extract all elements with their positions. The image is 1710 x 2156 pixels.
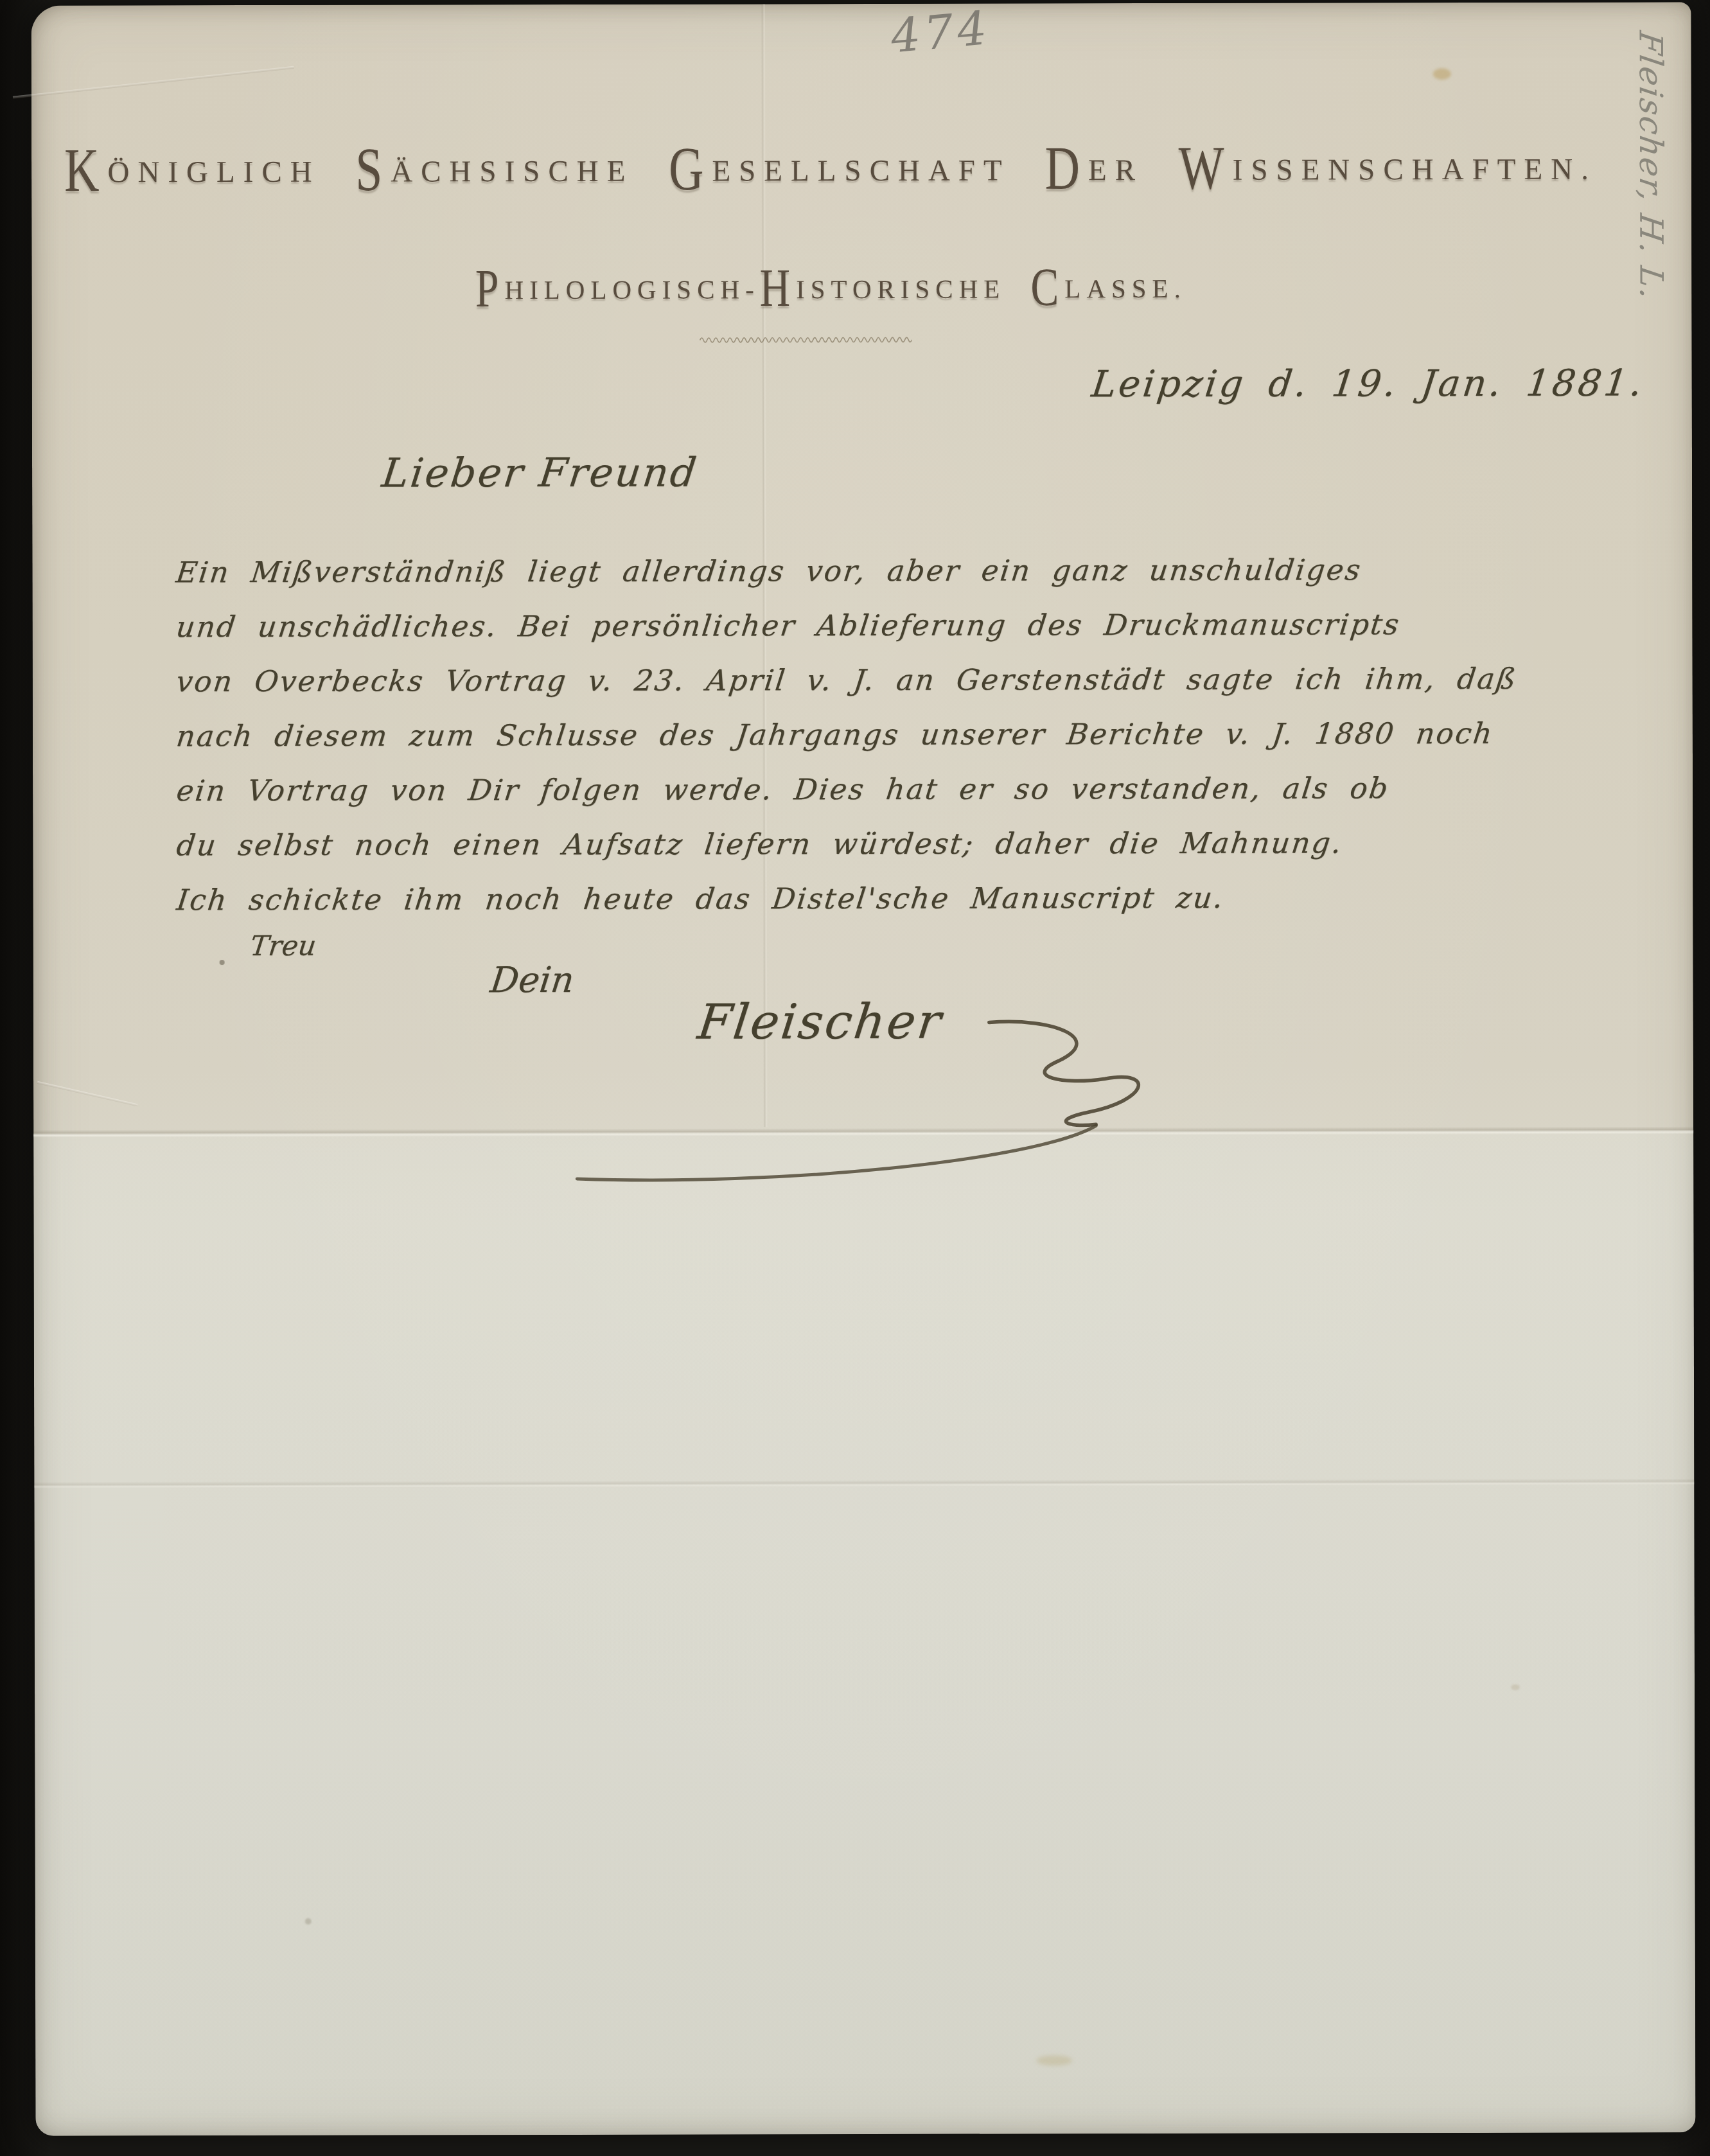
body-line: Ein Mißverständniß liegt allerdings vor,… <box>172 552 1604 610</box>
body-line: ein Vortrag von Dir folgen werde. Dies h… <box>172 771 1605 829</box>
scan-background: 474 Fleischer, H. L. KÖNIGLICH SÄCHSISCH… <box>0 0 1710 2156</box>
edge-crease <box>37 1081 138 1107</box>
closing-word: Dein <box>488 959 576 1000</box>
archival-number-pencil: 474 <box>888 1 992 64</box>
foxing-stain <box>1036 2055 1072 2065</box>
letterhead-society-name: KÖNIGLICH SÄCHSISCHE GESELLSCHAFT DER WI… <box>1 136 1661 194</box>
body-line: nach diesem zum Schlusse des Jahrgangs u… <box>172 716 1605 774</box>
signature-flourish <box>31 2 1696 2135</box>
letterhead-class-name: PHILOLOGISCH-HISTORISCHE CLASSE. <box>1 259 1661 310</box>
signature: Fleischer <box>695 993 946 1050</box>
body-line: und unschädliches. Bei persönlicher Abli… <box>172 607 1604 665</box>
salutation: Lieber Freund <box>380 449 701 497</box>
fold-crease-horizontal-upper <box>33 1126 1693 1137</box>
foxing-stain <box>305 1918 312 1925</box>
body-line: du selbst noch einen Aufsatz liefern wür… <box>172 826 1605 883</box>
foxing-stain <box>1511 1684 1520 1690</box>
foxing-stain <box>1433 68 1451 80</box>
fold-crease-horizontal-lower <box>34 1478 1694 1488</box>
letter-sheet: 474 Fleischer, H. L. KÖNIGLICH SÄCHSISCH… <box>31 2 1696 2135</box>
body-line: von Overbecks Vortrag v. 23. April v. J.… <box>172 662 1605 720</box>
corner-crease <box>13 66 294 99</box>
ink-speck <box>220 960 225 965</box>
letter-body: Ein Mißverständniß liegt allerdings vor,… <box>175 552 1601 954</box>
dateline: Leipzig d. 19. Jan. 1881. <box>1089 362 1647 405</box>
closing-word: Treu <box>249 930 318 962</box>
paper-lower-half-shading <box>33 1130 1695 2135</box>
body-line: Ich schickte ihm noch heute das Distel's… <box>172 880 1605 938</box>
wavy-divider-ornament <box>699 334 912 345</box>
